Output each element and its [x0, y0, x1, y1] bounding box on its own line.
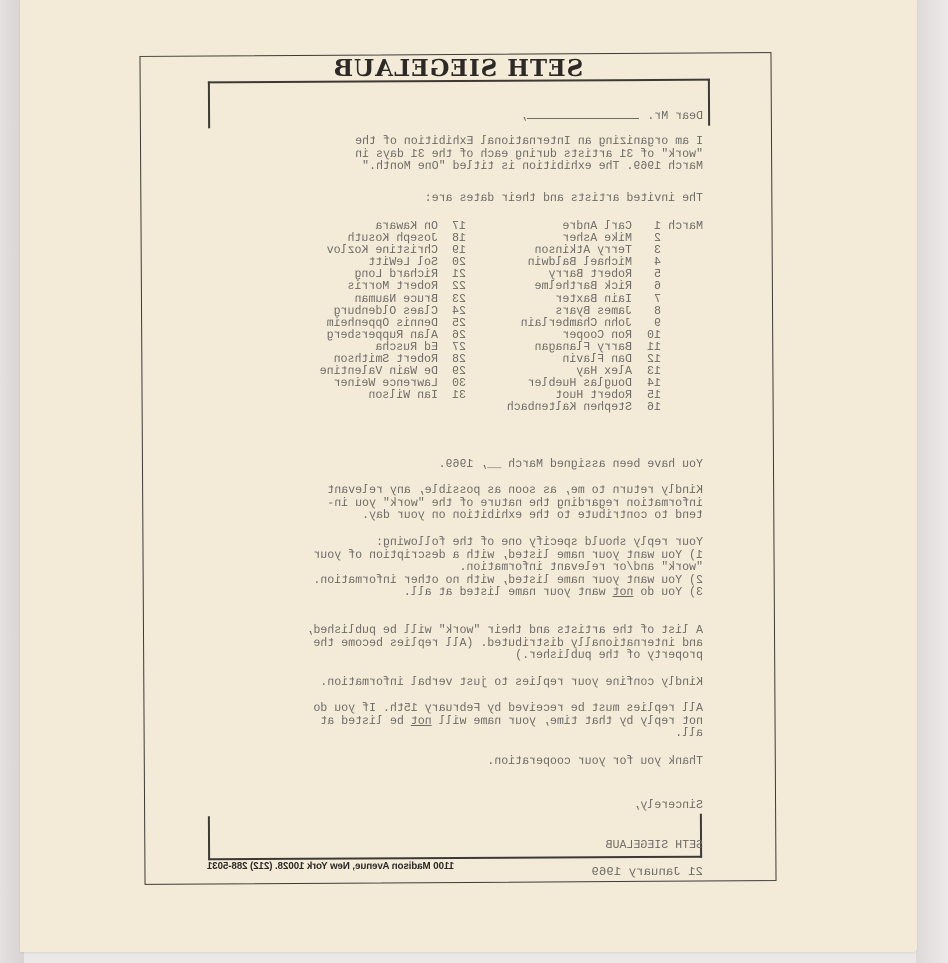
roster-row: 4Michael Baldwin20Sol LeWitt	[278, 257, 703, 269]
inner-bracket-bottom	[208, 814, 702, 861]
roster-month	[661, 378, 703, 390]
roster-day: 31	[438, 390, 466, 402]
roster-artist	[278, 402, 438, 414]
deadline-paragraph: All replies must be received by February…	[313, 703, 703, 741]
artist-roster: March1Carl Andre17On Kawara2Mike Asher18…	[278, 221, 703, 415]
reply-options: Your reply should specify one of the fol…	[313, 537, 703, 600]
salutation-prefix: Dear Mr.	[647, 110, 703, 123]
letter-date: 21 January 1969	[591, 866, 703, 879]
reply-intro: Your reply should specify one of the fol…	[313, 537, 703, 550]
roster-artist: Robert Morris	[278, 281, 438, 293]
roster-month	[661, 269, 703, 281]
roster-month	[661, 354, 703, 366]
publish-paragraph: A list of the artists and their "work" w…	[306, 625, 703, 663]
roster-row: 3Terry Atkinson19Christine Kozlov	[278, 245, 703, 257]
roster-row: 7Iain Baxter23Bruce Nauman	[278, 294, 703, 306]
roster-day: 8	[632, 306, 661, 318]
emphasis-not: not	[411, 715, 432, 728]
roster-artist: Stephen Kaltenbach	[466, 402, 632, 414]
verbal-paragraph: Kindly confine your replies to just verb…	[320, 677, 703, 690]
roster-month	[661, 342, 703, 354]
roster-day: 22	[438, 281, 466, 293]
assigned-date: You have been assigned March __, 1969.	[439, 459, 703, 472]
roster-artist: Iain Baxter	[466, 294, 632, 306]
roster-month	[661, 281, 703, 293]
roster-month	[661, 402, 703, 414]
roster-month	[661, 245, 703, 257]
roster-row: 16Stephen Kaltenbach	[278, 402, 703, 414]
signature: SETH SIEGELAUB	[606, 840, 703, 853]
roster-row: March1Carl Andre17On Kawara	[278, 221, 703, 233]
roster-month	[661, 390, 703, 402]
roster-month	[661, 330, 703, 342]
mirrored-letter: SETH SIEGELAUB 1100 Madison Avenue, New …	[0, 0, 948, 963]
roster-artist: Bruce Nauman	[278, 294, 438, 306]
roster-month	[661, 366, 703, 378]
roster-artist: Ian Wilson	[278, 390, 438, 402]
roster-day: 7	[632, 294, 661, 306]
kindly-return-paragraph: Kindly return to me, as soon as possible…	[327, 485, 703, 523]
roster-month	[661, 257, 703, 269]
salutation: Dear Mr.,	[520, 108, 703, 124]
roster-row: 5Robert Barry21Richard Long	[278, 269, 703, 281]
roster-month	[661, 233, 703, 245]
letterhead-name: SETH SIEGELAUB	[328, 55, 588, 82]
reply-option-1: 1) You want your name listed, with a des…	[313, 550, 703, 575]
roster-heading: The invited artists and their dates are:	[425, 193, 703, 206]
roster-artist: Claes Oldenburg	[278, 306, 438, 318]
letterhead-address: 1100 Madison Avenue, New York 10028. (21…	[207, 860, 463, 872]
roster-artist: James Byars	[466, 306, 632, 318]
roster-row: 6Rick Barthelme22Robert Morris	[278, 281, 703, 293]
reply-option-3: 3) You do not want your name listed at a…	[313, 587, 703, 600]
salutation-suffix: ,	[520, 110, 527, 123]
roster-month	[661, 318, 703, 330]
roster-day: 6	[632, 281, 661, 293]
recipient-blank	[527, 108, 639, 119]
closing-line: Sincerely,	[633, 800, 703, 813]
roster-day: 24	[438, 306, 466, 318]
roster-month	[661, 306, 703, 318]
roster-month	[661, 294, 703, 306]
roster-row: 14Douglas Huebler30Lawrence Weiner	[278, 378, 703, 390]
roster-day	[438, 402, 466, 414]
roster-row: 10Ron Cooper26Alan Ruppersberg	[278, 330, 703, 342]
roster-day: 23	[438, 294, 466, 306]
intro-paragraph: I am organizing an International Exhibit…	[355, 136, 703, 174]
roster-artist: Rick Barthelme	[466, 281, 632, 293]
roster-row: 8James Byars24Claes Oldenburg	[278, 306, 703, 318]
emphasis-not: not	[613, 586, 634, 599]
thanks-line: Thank you for your cooperation.	[487, 756, 703, 769]
roster-day: 16	[632, 402, 661, 414]
roster-month: March	[661, 221, 703, 233]
roster-row: 15Robert Huot31Ian Wilson	[278, 390, 703, 402]
